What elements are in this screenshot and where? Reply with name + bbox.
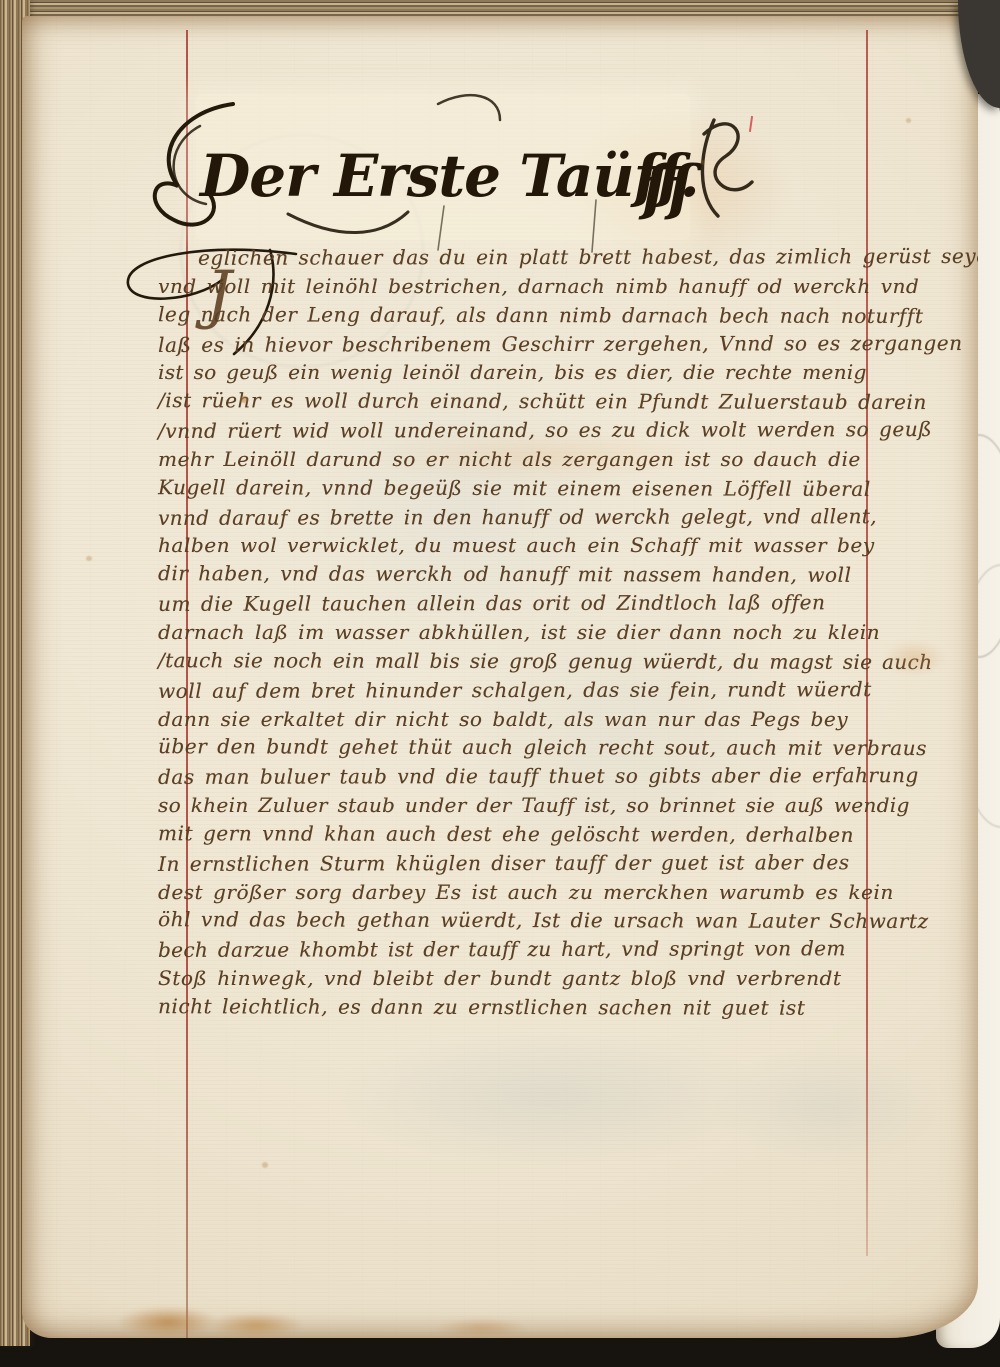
manuscript-line: das man buluer taub vnd die tauff thuet … (158, 761, 874, 792)
manuscript-line: /vnnd rüert wid woll undereinand, so es … (158, 415, 874, 446)
manuscript-line: so khein Zuluer staub under der Tauff is… (158, 791, 874, 820)
manuscript-line: dann sie erkaltet dir nicht so baldt, al… (158, 705, 874, 734)
title-text: Der Erste Taüff. (198, 142, 699, 210)
manuscript-line: darnach laß im wasser abkhüllen, ist sie… (158, 618, 874, 647)
manuscript-line: /ist rüehr es woll durch einand, schütt … (158, 386, 874, 417)
manuscript-line: vnnd darauf es brette in den hanuff od w… (158, 502, 874, 533)
flourish-swirl (288, 212, 408, 233)
foxing-spot (86, 556, 92, 561)
manuscript-line: mehr Leinöll darund so er nicht als zerg… (158, 445, 874, 474)
stain (118, 1306, 218, 1338)
manuscript-line: halben wol verwicklet, du muest auch ein… (158, 531, 874, 560)
manuscript-line: bech darzue khombt ist der tauff zu hart… (158, 934, 874, 965)
manuscript-line: laß es in hievor beschribenem Geschirr z… (158, 329, 874, 360)
book-photograph: Der Erste Taüff. ſſ J eglichen schauer d… (0, 0, 1000, 1367)
manuscript-line: nicht leichtlich, es dann zu ernstlichen… (158, 992, 874, 1023)
foxing-spot (906, 118, 911, 123)
manuscript-line: In ernstlichen Sturm khüglen diser tauff… (158, 848, 874, 879)
manuscript-line: über den bundt gehet thüt auch gleich re… (158, 732, 874, 763)
foxing-spot (262, 1162, 268, 1168)
manuscript-line: vnd woll mit leinöhl bestrichen, darnach… (158, 272, 874, 301)
stain (208, 1312, 304, 1338)
manuscript-line: dest größer sorg darbey Es ist auch zu m… (158, 878, 874, 907)
title-calligraphy: Der Erste Taüff. ſſ (138, 86, 778, 256)
manuscript-line: /tauch sie noch ein mall bis sie groß ge… (158, 646, 874, 677)
ink-showthrough-blob (332, 1026, 772, 1166)
manuscript-line: öhl vnd das bech gethan wüerdt, Ist die … (158, 906, 874, 937)
manuscript-line: eglichen schauer das du ein platt brett … (158, 242, 874, 273)
manuscript-line: Stoß hinwegk, vnd bleibt der bundt gantz… (158, 964, 874, 993)
title-ornament: ſſ (638, 153, 703, 223)
manuscript-line: leg nach der Leng darauf, als dann nimb … (158, 300, 874, 331)
manuscript-line: woll auf dem bret hinunder schalgen, das… (158, 675, 874, 706)
end-flourish (702, 120, 752, 216)
foxing-spot (240, 396, 248, 403)
manuscript-line: um die Kugell tauchen allein das orit od… (158, 588, 874, 619)
manuscript-text-block: eglichen schauer das du ein platt brett … (158, 243, 874, 1022)
foxing-spot (700, 160, 705, 165)
flourish-swirl (438, 95, 500, 120)
manuscript-line: Kugell darein, vnnd begeüß sie mit einem… (158, 473, 874, 504)
ink-showthrough-blob (712, 1046, 942, 1166)
manuscript-line: dir haben, vnd das werckh od hanuff mit … (158, 559, 874, 590)
manuscript-page: Der Erste Taüff. ſſ J eglichen schauer d… (22, 16, 978, 1338)
manuscript-line: ist so geuß ein wenig leinöl darein, bis… (158, 358, 874, 387)
stain (436, 1318, 528, 1338)
manuscript-line: mit gern vnnd khan auch dest ehe gelösch… (158, 819, 874, 850)
